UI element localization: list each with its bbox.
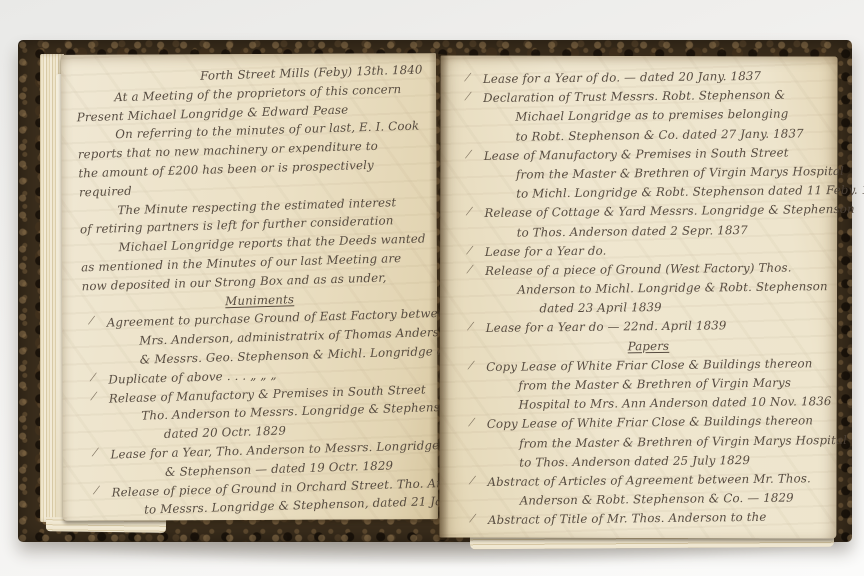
right-page-handwriting: Lease for a Year of do. — dated 20 Jany.… [441, 51, 843, 537]
photo-of-open-minute-book: Forth Street Mills (Feby) 13th. 1840 At … [0, 0, 864, 576]
right-page: Lease for a Year of do. — dated 20 Jany.… [439, 55, 837, 538]
deed-entry: Abstract of Title of Mr. Thos. Anderson … [464, 507, 837, 530]
left-page: Forth Street Mills (Feby) 13th. 1840 At … [61, 53, 438, 521]
left-page-handwriting: Forth Street Mills (Feby) 13th. 1840 At … [61, 44, 449, 521]
